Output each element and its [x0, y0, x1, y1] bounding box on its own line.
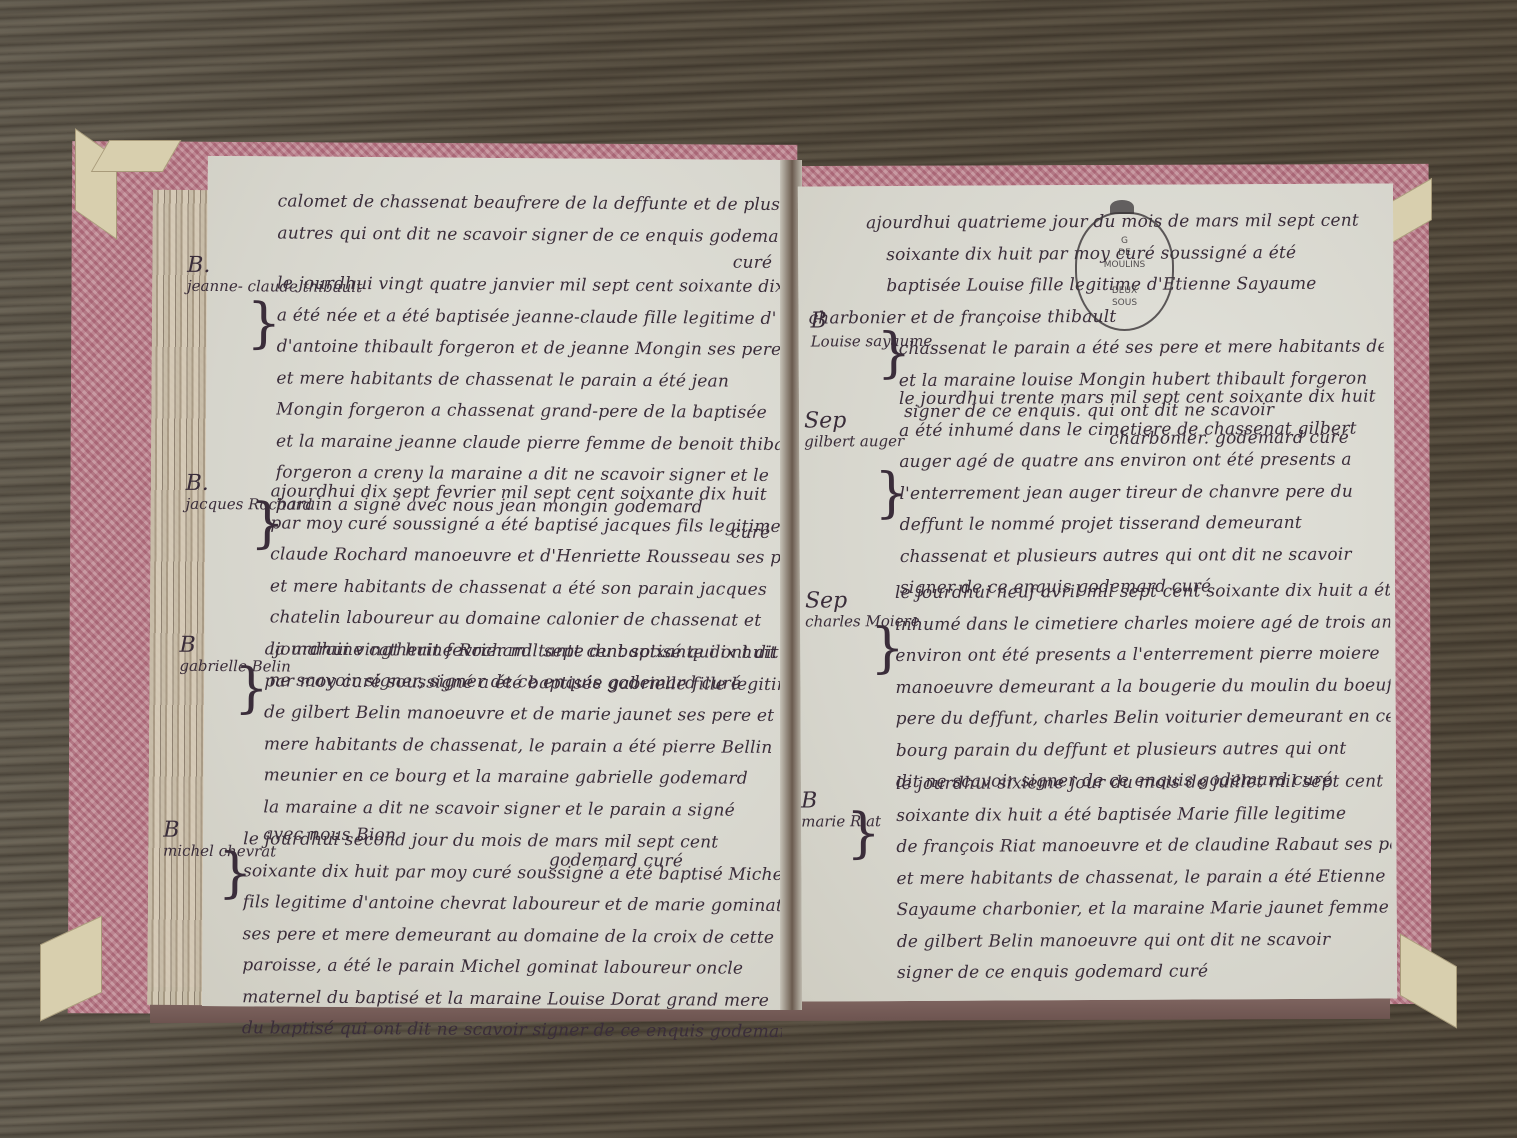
margin-name: marie [801, 812, 845, 830]
entry-line: ajourdhui dix sept fevrier mil sept cent… [271, 476, 786, 511]
entry-line: et mere habitants de chassenat, le parai… [896, 861, 1391, 895]
entry-line: a été née et a été baptisée jeanne-claud… [277, 300, 782, 335]
left-page: calomet de chassenat beaufrere de la def… [202, 156, 793, 1010]
entry-line: signer de ce enquis godemard curé [897, 955, 1392, 989]
entry-line: a été inhumé dans le cimetiere de chasse… [899, 413, 1389, 447]
entry-line: ajourdhui vingt huit fevrier mil sept ce… [264, 634, 784, 669]
entry-line: bourg parain du deffunt et plusieurs aut… [896, 733, 1391, 767]
entry-line: de gilbert Belin manoeuvre qui ont dit n… [897, 924, 1392, 958]
entry-line: de françois Riat manoeuvre et de claudin… [896, 829, 1391, 863]
entry-line: le jourdhui sixieme jour du mois de juil… [896, 766, 1391, 800]
register-entry: le jourdhui sixieme jour du mois de juil… [896, 766, 1392, 989]
entry-line: auger agé de quatre ans environ ont été … [899, 444, 1389, 478]
entry-line: soixante dix huit par moy curé soussigné… [243, 856, 783, 891]
entry-line: du baptisé qui ont dit ne scavoir signer… [242, 1013, 782, 1048]
entry-line: chatelin laboureur au domaine calonier d… [270, 602, 785, 637]
stamp-text: G [1077, 235, 1172, 247]
entry-line: mere habitants de chassenat, le parain a… [264, 729, 784, 764]
entry-line: le jourdhui trente mars mil sept cent so… [899, 381, 1389, 415]
entry-line: et mere habitants de chassenat le parain… [276, 363, 781, 398]
entry-line: maternel du baptisé et la maraine Louise… [242, 982, 782, 1017]
margin-name: jeanne- [187, 277, 243, 295]
entry-line: l'enterrement jean auger tireur de chanv… [899, 476, 1389, 510]
entry-line: deffunt le nommé projet tisserand demeur… [900, 507, 1390, 541]
entry-line: le jourdhui vingt quatre janvier mil sep… [277, 268, 782, 303]
entry-line: environ ont été presents a l'enterrement… [895, 638, 1390, 672]
stamp-text: DE [1077, 247, 1172, 259]
entry-line: manoeuvre demeurant a la bougerie du mou… [895, 670, 1390, 704]
margin-note: Sep gilbert auger [804, 411, 904, 452]
entry-type-burial: Sep [804, 411, 904, 432]
entry-line: la maraine a dit ne scavoir signer et le… [263, 792, 783, 827]
entry-line: par moy curé soussigné a été baptisée ga… [264, 666, 784, 701]
entry-line: de gilbert Belin manoeuvre et de marie j… [264, 697, 784, 732]
brace-icon: } [846, 806, 881, 860]
margin-name: charles [805, 612, 861, 630]
entry-line: soixante dix huit a été baptisée Marie f… [896, 798, 1391, 832]
entry-line: calomet de chassenat beaufrere de la def… [278, 186, 783, 221]
entry-line: chassenat et plusieurs autres qui ont di… [900, 539, 1390, 573]
entry-line: chassenat le parain a été ses pere et me… [809, 331, 1384, 366]
entry-line: par moy curé soussigné a été baptisé jac… [270, 508, 785, 543]
entry-line: inhumé dans le cimetiere charles moiere … [895, 607, 1390, 641]
entry-line: Sayaume charbonier, et la maraine Marie … [897, 892, 1392, 926]
margin-name: gilbert [804, 432, 855, 450]
stamp-text: DEUX [1077, 285, 1172, 297]
entry-line: le jourdhui second jour du mois de mars … [243, 824, 783, 859]
tax-stamp: G DE MOULINS DEUX SOUS [1075, 212, 1174, 331]
register-entry: le jourdhui second jour du mois de mars … [242, 824, 784, 1048]
entry-line: le jourdhui neuf avril mil sept cent soi… [895, 575, 1390, 609]
entry-line: fils legitime d'antoine chevrat laboureu… [243, 887, 783, 922]
stamp-text: MOULINS [1077, 259, 1172, 271]
entry-line: paroisse, a été le parain Michel gominat… [242, 950, 782, 985]
entry-line: et la maraine jeanne claude pierre femme… [276, 426, 781, 461]
entry-line: et mere habitants de chassenat a été son… [270, 571, 785, 606]
register-entry: le jourdhui trente mars mil sept cent so… [899, 381, 1390, 604]
stamp-text: SOUS [1077, 297, 1172, 309]
entry-line: pere du deffunt, charles Belin voiturier… [896, 701, 1391, 735]
entry-line: autres qui ont dit ne scavoir signer de … [277, 218, 782, 253]
margin-name: auger [860, 432, 904, 450]
entry-line: meunier en ce bourg et la maraine gabrie… [264, 760, 784, 795]
entry-line: ses pere et mere demeurant au domaine de… [242, 919, 782, 954]
entry-line: claude Rochard manoeuvre et d'Henriette … [270, 539, 785, 574]
register-entry: le jourdhui neuf avril mil sept cent soi… [895, 575, 1391, 798]
margin-name: michel [163, 842, 214, 860]
margin-name: jacques [185, 495, 243, 513]
entry-line: d'antoine thibault forgeron et de jeanne… [277, 331, 782, 366]
entry-line: Mongin forgeron a chassenat grand-pere d… [276, 394, 781, 429]
